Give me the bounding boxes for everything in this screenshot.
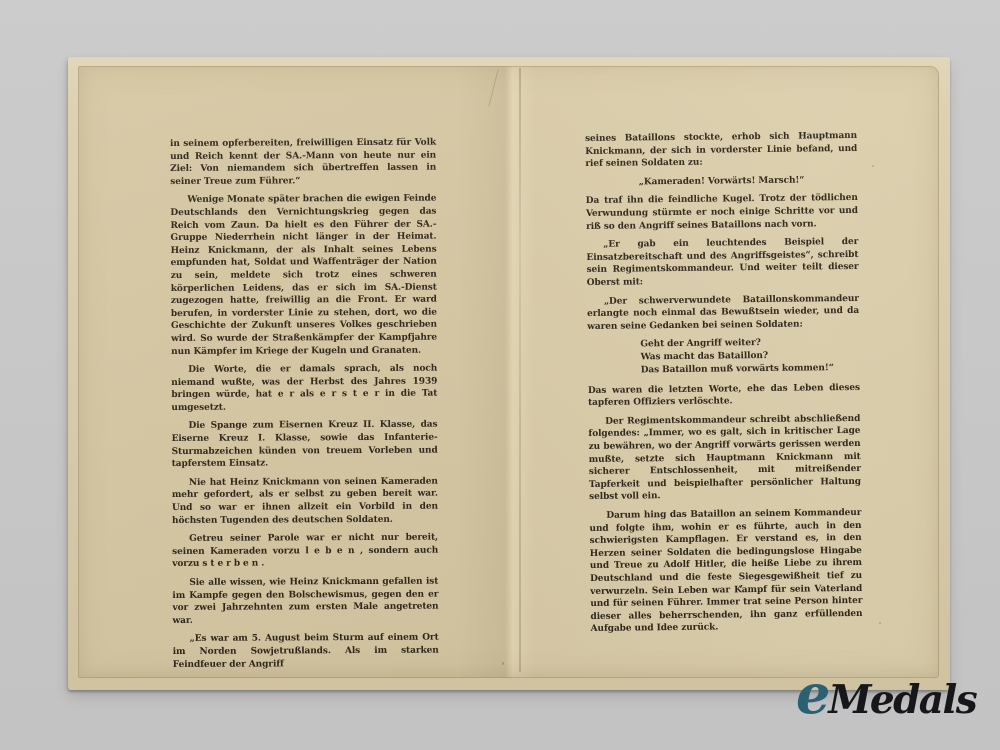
photo-background: in seinem opferbereiten, freiwilligen Ei… <box>0 0 1000 750</box>
paragraph-right-4: „Der schwerverwundete Bataillonskommande… <box>587 292 859 333</box>
document-folio: in seinem opferbereiten, freiwilligen Ei… <box>68 57 950 690</box>
paragraph-right-7: Darum hing das Bataillon an seinem Komma… <box>589 507 862 636</box>
left-page-text: in seinem opferbereiten, freiwilligen Ei… <box>170 137 439 678</box>
last-words-line-3: Das Bataillon muß vorwärts kommen!“ <box>641 362 860 377</box>
paragraph-right-3: „Er gab ein leuchtendes Beispiel der Ein… <box>586 236 859 289</box>
paragraph-left-7: Sie alle wissen, wie Heinz Knickmann gef… <box>172 576 438 628</box>
paragraph-left-6: Getreu seiner Parole war er nicht nur be… <box>172 532 438 571</box>
fold-crease <box>488 69 498 106</box>
battle-cry-quote: „Kameraden! Vorwärts! Marsch!“ <box>585 174 857 190</box>
paragraph-left-2: Wenige Monate später brachen die ewigen … <box>170 193 437 358</box>
paragraph-left-4: Die Spange zum Eisernen Kreuz II. Klasse… <box>171 419 437 471</box>
paragraph-left-3: Die Worte, die er damals sprach, als noc… <box>171 363 437 415</box>
paragraph-left-1: in seinem opferbereiten, freiwilligen Ei… <box>170 137 436 189</box>
last-words-block: Geht der Angriff weiter? Was macht das B… <box>587 336 859 377</box>
paragraph-left-8: „Es war am 5. August beim Sturm auf eine… <box>173 632 439 671</box>
right-page-text: seines Bataillons stockte, erhob sich Ha… <box>585 130 863 642</box>
emedals-logo-e: e <box>796 662 828 726</box>
paragraph-right-6: Der Regimentskommandeur schreibt abschli… <box>588 413 861 504</box>
emedals-logo-text: Medals <box>828 677 976 723</box>
paragraph-right-5: Das waren die letzten Worte, ehe das Leb… <box>588 382 860 410</box>
emedals-watermark-logo: eMedals <box>796 668 976 734</box>
paper-speck <box>502 662 504 665</box>
paper-speck <box>879 622 881 624</box>
paragraph-left-5: Nie hat Heinz Knickmann von seinen Kamer… <box>172 475 438 527</box>
center-fold <box>519 68 521 672</box>
paragraph-right-2: Da traf ihn die feindliche Kugel. Trotz … <box>586 192 858 233</box>
paragraph-right-1: seines Bataillons stockte, erhob sich Ha… <box>585 130 857 171</box>
paper-speck <box>872 165 874 167</box>
